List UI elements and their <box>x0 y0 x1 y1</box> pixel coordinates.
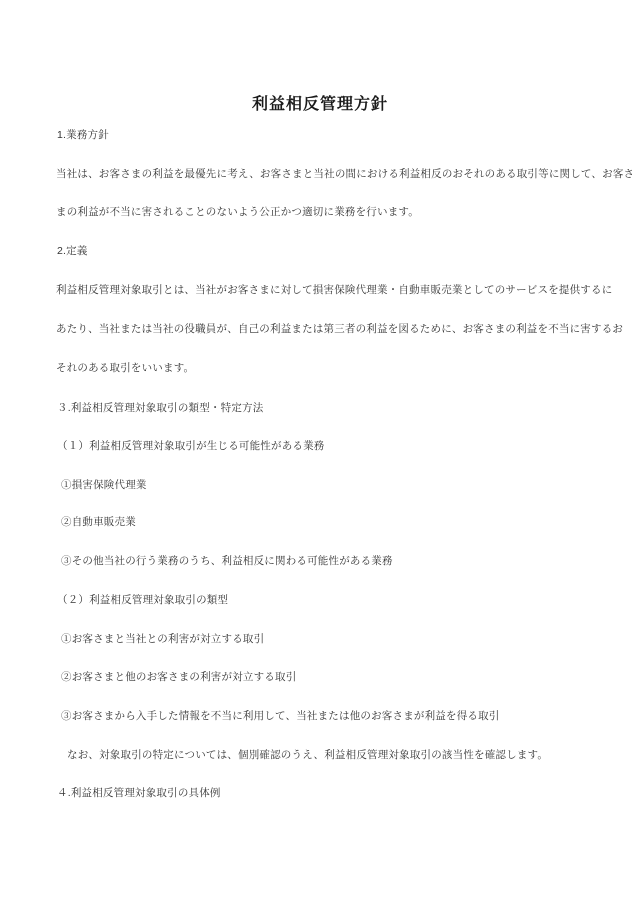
section-3-subsection-1-label: （１）利益相反管理対象取引が生じる可能性がある業務 <box>57 439 325 453</box>
section-1-heading: 1.業務方針 <box>57 128 109 142</box>
section-2-paragraph-line-2: あたり、当社または当社の役職員が、自己の利益または第三者の利益を図るために、お客… <box>56 322 623 336</box>
section-1-paragraph-line-2: まの利益が不当に害されることのないよう公正かつ適切に業務を行います。 <box>56 205 419 219</box>
subsection-1-item-3: ③その他当社の行う業務のうち、利益相反に関わる可能性がある業務 <box>61 554 393 568</box>
subsection-2-item-1: ①お客さまと当社との利害が対立する取引 <box>61 632 264 646</box>
section-3-note: なお、対象取引の特定については、個別確認のうえ、利益相反管理対象取引の該当性を確… <box>67 748 548 762</box>
section-1-paragraph-line-1: 当社は、お客さまの利益を最優先に考え、お客さまと当社の間における利益相反のおそれ… <box>56 167 634 181</box>
section-3-heading: ３.利益相反管理対象取引の類型・特定方法 <box>57 401 263 415</box>
section-2-paragraph-line-3: それのある取引をいいます。 <box>56 361 194 375</box>
subsection-2-item-2: ②お客さまと他のお客さまの利害が対立する取引 <box>61 670 296 684</box>
subsection-1-item-1: ①損害保険代理業 <box>61 478 147 492</box>
subsection-1-item-2: ②自動車販売業 <box>61 515 136 529</box>
section-4-heading: ４.利益相反管理対象取引の具体例 <box>57 786 221 800</box>
subsection-2-item-3: ③お客さまから入手した情報を不当に利用して、当社または他のお客さまが利益を得る取… <box>61 709 500 723</box>
section-2-paragraph-line-1: 利益相反管理対象取引とは、当社がお客さまに対して損害保険代理業・自動車販売業とし… <box>56 283 612 297</box>
document-page: 利益相反管理方針 1.業務方針 当社は、お客さまの利益を最優先に考え、お客さまと… <box>0 0 640 906</box>
document-title: 利益相反管理方針 <box>0 96 640 114</box>
section-3-subsection-2-label: （２）利益相反管理対象取引の類型 <box>57 593 228 607</box>
section-2-heading: 2.定義 <box>57 244 88 258</box>
